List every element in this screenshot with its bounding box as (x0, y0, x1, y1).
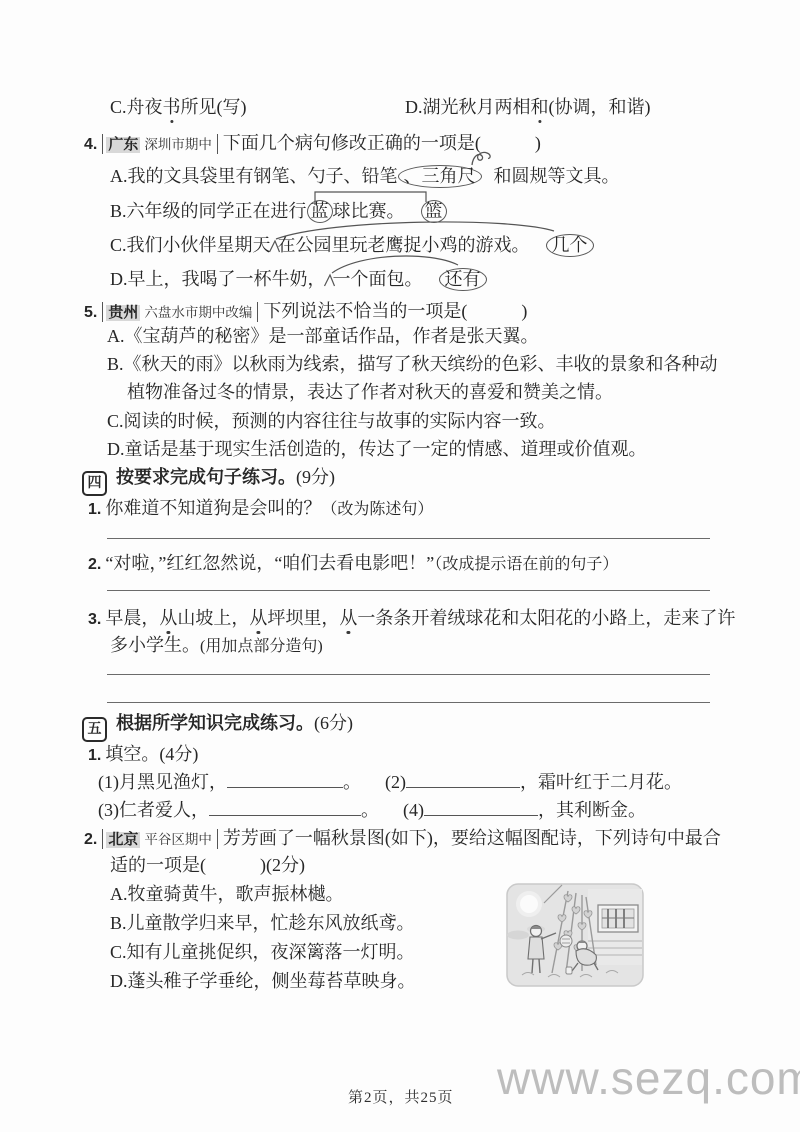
q5-option-a: A.《宝葫芦的秘密》是一部童话作品，作者是张天翼。 (107, 324, 539, 348)
q5-option-b-line2: 植物准备过冬的情景，表达了作者对秋天的喜爱和赞美之情。 (127, 380, 613, 404)
s5q2-option-a: A.牧童骑黄牛，歌声振林樾。 (110, 882, 344, 906)
s4-question-3-line1: 3.早晨，从山坡上，从坪坝里，从一条条开着绒球花和太阳花的小路上，走来了许 (88, 606, 735, 632)
answer-line-3 (107, 656, 710, 675)
answer-line-1 (107, 520, 710, 539)
s5-question-2-stem-line2: 适的一项是( )(2分) (110, 853, 305, 877)
instruction-note: （改成提示语在前的句子） (434, 556, 618, 573)
section-title: 按要求完成句子练习。 (116, 467, 296, 487)
section-number-icon: 五 (82, 717, 107, 742)
question-stem: 芳芳画了一幅秋景图(如下)，要给这幅图配诗，下列诗句中最合 (223, 828, 721, 848)
source-tag: 北京平谷区期中 (102, 829, 218, 849)
section-score: (9分) (296, 467, 335, 487)
instruction-note: （改为陈述句） (321, 501, 433, 518)
s5q2-option-d: D.蓬头稚子学垂纶，侧坐莓苔草映身。 (110, 969, 416, 993)
dotted-char: 从 (159, 606, 177, 630)
q4-option-b: B.六年级的同学正在进行蓝球比赛。篮 (110, 199, 447, 223)
dotted-char: 从 (339, 606, 357, 630)
q5-option-d: D.童话是基于现实生活创造的，传达了一定的情感、道理或价值观。 (107, 437, 647, 461)
s5-question-2-header: 2.北京平谷区期中芳芳画了一幅秋景图(如下)，要给这幅图配诗，下列诗句中最合 (84, 826, 721, 852)
region-tag: 北京 (106, 832, 140, 848)
dotted-char: 和 (531, 95, 549, 119)
s5q2-option-c: C.知有儿童挑促织，夜深篱落一灯明。 (110, 940, 415, 964)
s4-question-1: 1.你难道不知道狗是会叫的？（改为陈述句） (88, 496, 433, 522)
exam-page: C.舟夜书所见(写) D.湖光秋月两相和(协调，和谐) 4.广东深圳市期中下面几… (0, 0, 800, 1132)
replacement-char: 篮 (421, 200, 447, 223)
blank-line (227, 772, 343, 788)
prev-option-d: D.湖光秋月两相和(协调，和谐) (405, 95, 651, 119)
circled-text: 蓝 (307, 200, 333, 223)
circled-text: 还有 (439, 268, 487, 291)
question-stem: 下列说法不恰当的一项是( ) (263, 301, 527, 321)
circled-text: 、三角尺 (398, 165, 482, 188)
s5q2-option-b: B.儿童散学归来早，忙趁东风放纸鸢。 (110, 911, 415, 935)
question-number: 5. (84, 304, 97, 321)
instruction-note: (用加点部分造句) (200, 638, 323, 655)
exam-tag: 深圳市期中 (144, 137, 212, 152)
autumn-scene-illustration (506, 883, 644, 992)
section-5-header: 五根据所学知识完成练习。(6分) (82, 711, 353, 742)
q5-option-b-line1: B.《秋天的雨》以秋雨为线索，描写了秋天缤纷的色彩、丰收的景象和各种动 (107, 352, 718, 376)
dotted-char: 从 (249, 606, 267, 630)
question-number: 4. (84, 136, 97, 153)
answer-line-2 (107, 572, 710, 591)
question-5-header: 5.贵州六盘水市期中改编下列说法不恰当的一项是( ) (84, 299, 527, 325)
circled-text: 几个 (546, 234, 594, 257)
source-tag: 广东深圳市期中 (102, 134, 218, 154)
section-title: 根据所学知识完成练习。 (116, 713, 314, 733)
exam-tag: 平谷区期中 (144, 832, 212, 847)
blank-line (424, 800, 538, 816)
prev-question-options: C.舟夜书所见(写) D.湖光秋月两相和(协调，和谐) (110, 95, 730, 119)
s5-question-1: 1.填空。(4分) (88, 742, 198, 768)
source-tag: 贵州六盘水市期中改编 (102, 302, 258, 322)
region-tag: 广东 (106, 137, 140, 153)
watermark: www.sezq.com (497, 1051, 800, 1105)
exam-tag: 六盘水市期中改编 (144, 305, 252, 320)
fill-blank-row-2: (3)仁者爱人，。(4)，其利断金。 (98, 798, 646, 822)
answer-line-4 (107, 684, 710, 703)
blank-line (406, 772, 520, 788)
section-score: (6分) (314, 713, 353, 733)
deletion-mark-icon (470, 149, 494, 167)
region-tag: 贵州 (106, 305, 140, 321)
q4-option-d: D.早上，我喝了一杯牛奶，一个面包。还有 (110, 267, 487, 291)
page-number: 第2页，共25页 (348, 1086, 454, 1107)
q4-option-a: A.我的文具袋里有钢笔、勺子、铅笔、三角尺和圆规等文具。 (110, 164, 620, 188)
dotted-char: 书 (163, 95, 181, 119)
section-4-header: 四按要求完成句子练习。(9分) (82, 465, 335, 496)
fill-blank-row-1: (1)月黑见渔灯，。(2)，霜叶红于二月花。 (98, 770, 682, 794)
prev-option-c: C.舟夜书所见(写) (110, 97, 247, 117)
q4-option-c: C.我们小伙伴星期天在公园里玩老鹰捉小鸡的游戏。几个 (110, 233, 594, 257)
q5-option-c: C.阅读的时候，预测的内容往往与故事的实际内容一致。 (107, 409, 556, 433)
section-number-icon: 四 (82, 471, 107, 496)
blank-line (209, 800, 361, 816)
